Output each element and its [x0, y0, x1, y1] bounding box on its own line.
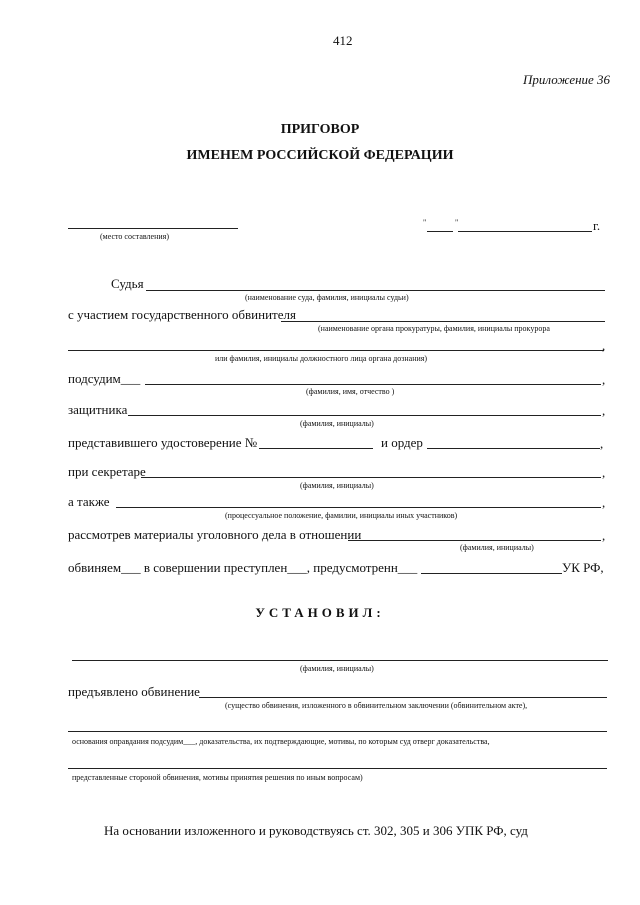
defender-hint: (фамилия, инициалы) — [300, 419, 374, 428]
judge-field[interactable] — [146, 290, 605, 291]
case-label: рассмотрев материалы уголовного дела в о… — [68, 527, 361, 543]
page-number: 412 — [333, 33, 353, 49]
prosecutor-hint: (наименование органа прокуратуры, фамили… — [318, 324, 550, 333]
certificate-label: представившего удостоверение № — [68, 435, 257, 451]
date-quote-close: " — [455, 218, 458, 227]
date-quote-open: " — [423, 218, 426, 227]
comma: , — [602, 528, 605, 544]
judge-label: Судья — [111, 276, 144, 292]
defender-field[interactable] — [128, 415, 601, 416]
secretary-hint: (фамилия, инициалы) — [300, 481, 374, 490]
date-month-year-field[interactable] — [458, 231, 592, 232]
comma: , — [600, 436, 603, 452]
defendant-field[interactable] — [145, 384, 601, 385]
appendix-label: Приложение 36 — [523, 72, 610, 88]
comma: , — [602, 338, 605, 354]
evidence-hint: представленные стороной обвинения, мотив… — [72, 773, 363, 782]
article-field[interactable] — [421, 573, 562, 574]
document-subtitle: ИМЕНЕМ РОССИЙСКОЙ ФЕДЕРАЦИИ — [0, 148, 640, 164]
case-hint: (фамилия, инициалы) — [460, 543, 534, 552]
accused-label: обвиняем___ в совершении преступлен___, … — [68, 560, 417, 576]
comma: , — [602, 495, 605, 511]
uk-rf-label: УК РФ, — [562, 560, 604, 576]
comma: , — [602, 465, 605, 481]
prosecutor-field[interactable] — [281, 321, 605, 322]
document-title: ПРИГОВОР — [0, 122, 640, 138]
charge-field[interactable] — [199, 697, 607, 698]
also-label: а также — [68, 494, 110, 510]
defender-label: защитника — [68, 402, 127, 418]
established-heading: УСТАНОВИЛ: — [0, 605, 640, 621]
also-field[interactable] — [116, 507, 601, 508]
prosecutor-hint-2: или фамилия, инициалы должностного лица … — [215, 354, 427, 363]
charge-label: предъявлено обвинение — [68, 684, 200, 700]
prosecutor-label: с участием государственного обвинителя — [68, 307, 296, 323]
established-name-hint: (фамилия, инициалы) — [300, 664, 374, 673]
comma: , — [602, 403, 605, 419]
place-hint: (место составления) — [100, 232, 169, 241]
certificate-number-field[interactable] — [259, 448, 373, 449]
grounds-hint: основания оправдания подсудим___, доказа… — [72, 737, 490, 746]
order-label: и ордер — [381, 435, 423, 451]
also-hint: (процессуальное положение, фамилии, иниц… — [225, 511, 457, 520]
year-suffix: г. — [593, 218, 600, 234]
charge-field-2[interactable] — [68, 731, 607, 732]
secretary-field[interactable] — [141, 477, 601, 478]
place-field[interactable] — [68, 228, 238, 229]
established-name-field[interactable] — [72, 660, 608, 661]
comma: , — [602, 372, 605, 388]
order-field[interactable] — [427, 448, 600, 449]
prosecutor-field-2[interactable] — [68, 350, 604, 351]
defendant-hint: (фамилия, имя, отчество ) — [306, 387, 394, 396]
secretary-label: при секретаре — [68, 464, 146, 480]
case-person-field[interactable] — [348, 540, 601, 541]
judge-hint: (наименование суда, фамилия, инициалы су… — [245, 293, 409, 302]
closing-text: На основании изложенного и руководствуяс… — [104, 823, 528, 839]
charge-field-3[interactable] — [68, 768, 607, 769]
date-day-field[interactable] — [427, 231, 453, 232]
charge-hint: (существо обвинения, изложенного в обвин… — [225, 701, 527, 710]
defendant-label: подсудим___ — [68, 371, 140, 387]
